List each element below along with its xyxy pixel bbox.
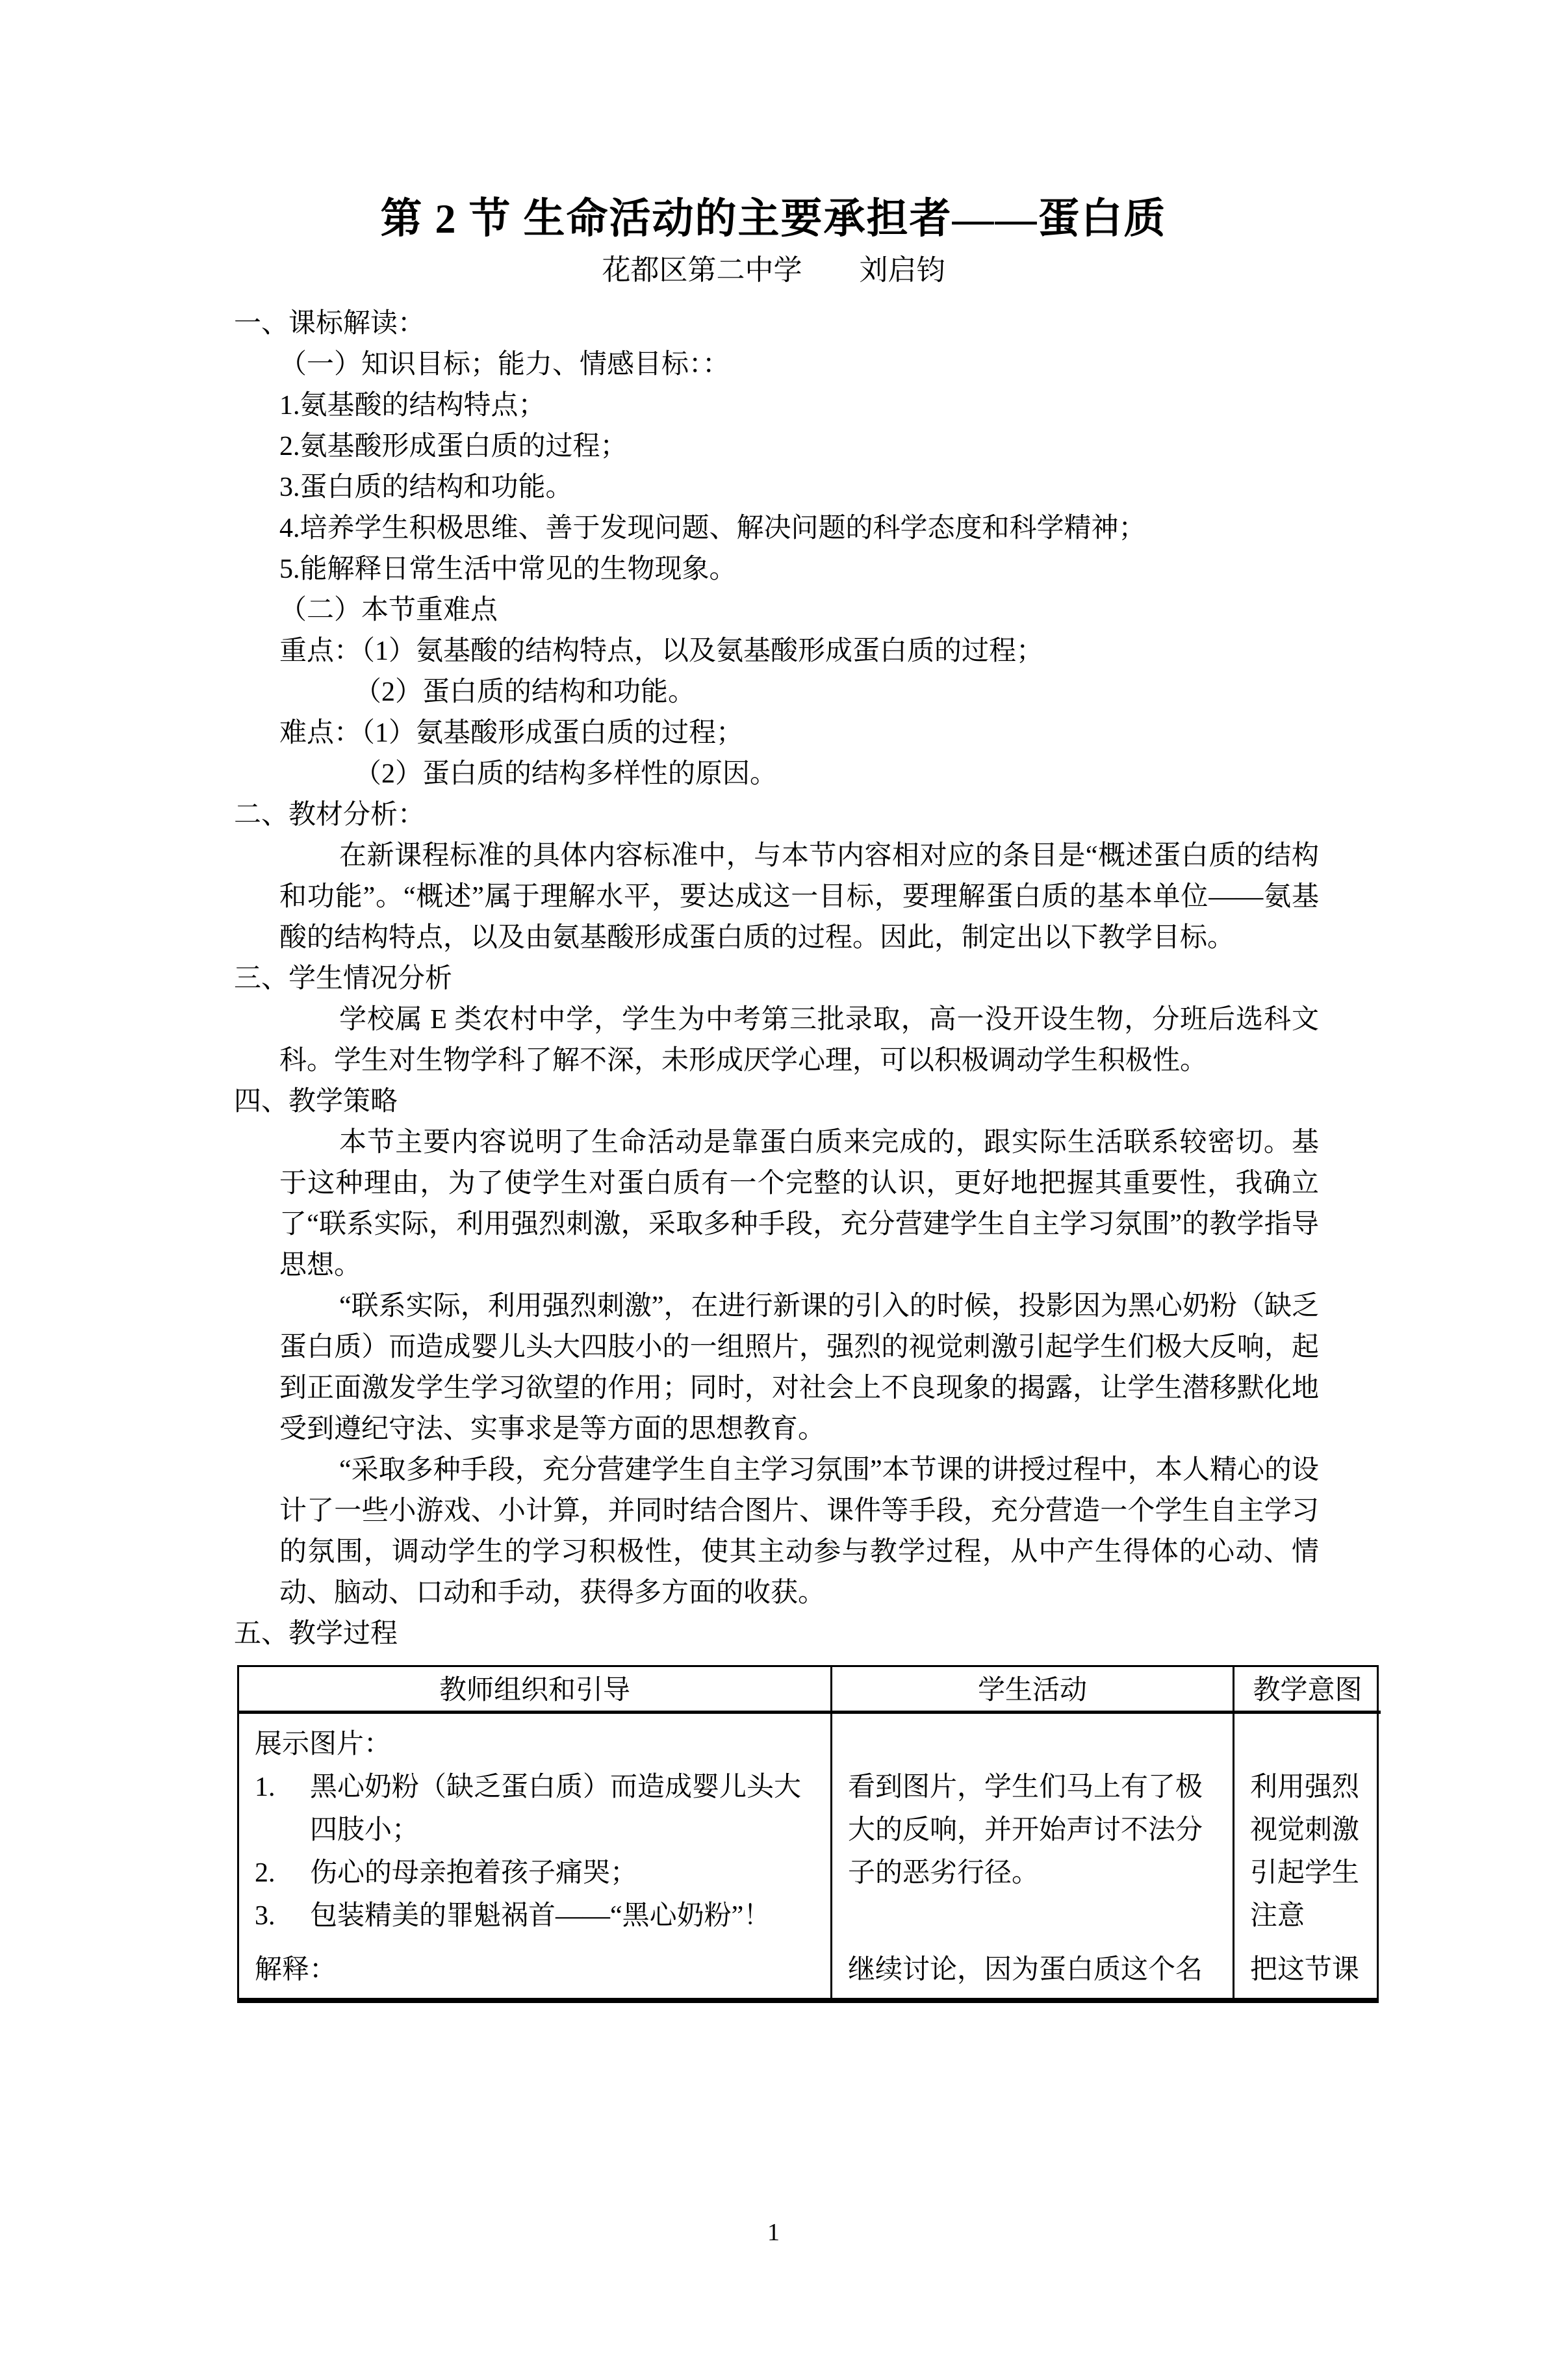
table-header-student-activity: 学生活动	[832, 1667, 1234, 1714]
difficult-point-1: 难点：（1）氨基酸形成蛋白质的过程；	[279, 713, 1368, 754]
document-body: 一、课标解读： （一）知识目标；能力、情感目标：： 1.氨基酸的结构特点； 2.…	[234, 304, 1368, 2003]
list-item-text: 伤心的母亲抱着孩子痛哭；	[310, 1852, 815, 1895]
key-point-1: 重点：（1）氨基酸的结构特点，以及氨基酸形成蛋白质的过程；	[279, 631, 1368, 672]
show-pictures-label: 展示图片：	[255, 1723, 815, 1766]
document-page: { "colors": { "text": "#000000", "backgr…	[0, 192, 1547, 2380]
intent-continuation-text: 把这节课	[1250, 1948, 1365, 1991]
section-4-paragraph-3: “采取多种手段，充分营建学生自主学习氛围”本节课的讲授过程中，本人精心的设计了一…	[279, 1450, 1319, 1614]
key-point-2: （2）蛋白质的结构和功能。	[354, 672, 1368, 713]
cell-teaching-intent: 利用强烈视觉刺激引起学生注意 把这节课	[1234, 1714, 1381, 1998]
list-item: 1. 黑心奶粉（缺乏蛋白质）而造成婴儿头大四肢小；	[255, 1766, 815, 1852]
list-item: 2. 伤心的母亲抱着孩子痛哭；	[255, 1852, 815, 1895]
list-item: 3. 包装精美的罪魁祸首——“黑心奶粉”！	[255, 1895, 815, 1937]
list-item-number: 1.	[255, 1766, 310, 1852]
objective-item-3: 3.蛋白质的结构和功能。	[279, 467, 1368, 508]
section-1-heading: 一、课标解读：	[234, 304, 1368, 344]
list-item-text: 包装精美的罪魁祸首——“黑心奶粉”！	[310, 1895, 815, 1937]
section-4-heading: 四、教学策略	[234, 1081, 1368, 1122]
intent-text: 利用强烈视觉刺激引起学生注意	[1250, 1766, 1365, 1937]
table-header-teaching-intent: 教学意图	[1234, 1667, 1381, 1714]
student-discussion-text: 继续讨论，因为蛋白质这个名	[848, 1948, 1217, 1991]
objective-item-5: 5.能解释日常生活中常见的生物现象。	[279, 549, 1368, 590]
section-3-heading: 三、学生情况分析	[234, 959, 1368, 1000]
page-title: 第 2 节 生命活动的主要承担者——蛋白质	[0, 192, 1547, 246]
objective-item-1: 1.氨基酸的结构特点；	[279, 385, 1368, 426]
teaching-process-table: 教师组织和引导 学生活动 教学意图 展示图片： 1. 黑心奶粉（缺乏蛋白质）而造…	[237, 1665, 1379, 2003]
section-3-paragraph: 学校属 E 类农村中学，学生为中考第三批录取，高一没开设生物，分班后选科文科。学…	[279, 1000, 1319, 1081]
objectives-intro-line: （一）知识目标；能力、情感目标：：	[279, 344, 1368, 385]
explain-label: 解释：	[255, 1948, 815, 1991]
page-number: 1	[0, 2218, 1547, 2247]
table-header-teacher-guidance: 教师组织和引导	[239, 1667, 832, 1714]
difficult-point-2: （2）蛋白质的结构多样性的原因。	[354, 754, 1368, 795]
student-reaction-text: 看到图片，学生们马上有了极大的反响，并开始声讨不法分子的恶劣行径。	[848, 1766, 1217, 1895]
list-item-number: 3.	[255, 1895, 310, 1937]
section-4-paragraph-1: 本节主要内容说明了生命活动是靠蛋白质来完成的，跟实际生活联系较密切。基于这种理由…	[279, 1122, 1319, 1286]
objective-item-2: 2.氨基酸形成蛋白质的过程；	[279, 426, 1368, 467]
list-item-text: 黑心奶粉（缺乏蛋白质）而造成婴儿头大四肢小；	[310, 1766, 815, 1852]
key-difficult-points-heading: （二）本节重难点	[279, 590, 1368, 631]
section-2-heading: 二、教材分析：	[234, 795, 1368, 836]
cell-teacher-guidance: 展示图片： 1. 黑心奶粉（缺乏蛋白质）而造成婴儿头大四肢小； 2. 伤心的母亲…	[239, 1714, 832, 1998]
byline: 花都区第二中学 刘启钧	[0, 252, 1547, 289]
section-5-heading: 五、教学过程	[234, 1614, 1368, 1655]
objective-item-4: 4.培养学生积极思维、善于发现问题、解决问题的科学态度和科学精神；	[279, 508, 1368, 549]
cell-student-activity: 看到图片，学生们马上有了极大的反响，并开始声讨不法分子的恶劣行径。 继续讨论，因…	[832, 1714, 1234, 1998]
section-2-paragraph: 在新课程标准的具体内容标准中，与本节内容相对应的条目是“概述蛋白质的结构和功能”…	[279, 836, 1319, 959]
list-item-number: 2.	[255, 1852, 310, 1895]
section-4-paragraph-2: “联系实际，利用强烈刺激”，在进行新课的引入的时候，投影因为黑心奶粉（缺乏蛋白质…	[279, 1286, 1319, 1450]
